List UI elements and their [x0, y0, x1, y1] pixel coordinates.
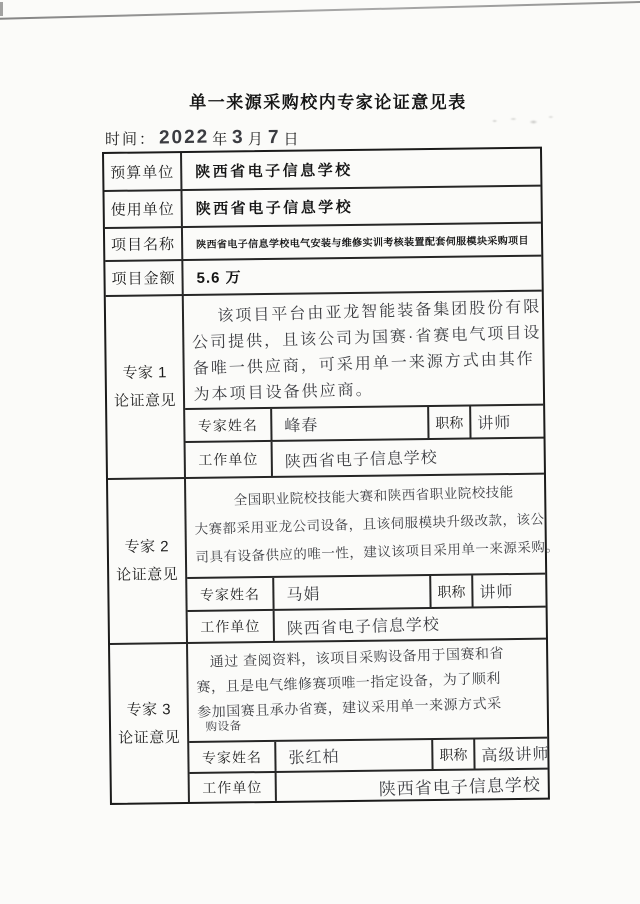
scan-paper-edge-line	[0, 0, 640, 19]
expert-1-label-line1: 专家 1	[122, 365, 167, 381]
scan-corner-mark	[0, 2, 3, 16]
expert-2-opinion: 全国职业院校技能大赛和陕西省职业院校技能大赛都采用亚龙公司设备，且该伺服模块升级…	[186, 475, 545, 579]
expert-1-name-label: 专家姓名	[185, 409, 272, 441]
expert-3-unit-handwriting: 陕西省电子信息学校	[378, 770, 541, 800]
opinion-form-table: 预算单位 陕西省电子信息学校 使用单位 陕西省电子信息学校 项目名称 陕西省电子…	[102, 147, 550, 805]
scan-smudge	[486, 110, 558, 130]
expert-1-label: 专家 1 论证意见	[106, 296, 186, 478]
table-row-budget-unit: 预算单位 陕西省电子信息学校	[104, 149, 540, 192]
expert-3-content: 通过 查阅资料，该项目采购设备用于国赛和省赛，且是电气维修赛项唯一指定设备，为了…	[188, 640, 548, 802]
expert-2-block: 专家 2 论证意见 全国职业院校技能大赛和陕西省职业院校技能大赛都采用亚龙公司设…	[108, 475, 546, 645]
expert-3-block: 专家 3 论证意见 通过 查阅资料，该项目采购设备用于国赛和省赛，且是电气维修赛…	[110, 640, 548, 803]
expert-3-unit-cell: 陕西省电子信息学校	[277, 770, 548, 801]
date-year-handwritten: 2022	[159, 127, 210, 150]
expert-2-name-label: 专家姓名	[187, 578, 274, 610]
expert-1-opinion: 该项目平台由亚龙智能装备集团股份有限公司提供，且该公司为国赛·省赛电气项目设备唯…	[184, 292, 543, 410]
expert-2-content: 全国职业院校技能大赛和陕西省职业院校技能大赛都采用亚龙公司设备，且该伺服模块升级…	[186, 475, 546, 642]
expert-3-label-line1: 专家 3	[126, 702, 171, 718]
budget-unit-label: 预算单位	[104, 153, 182, 190]
expert-2-label-line2: 论证意见	[116, 567, 178, 583]
expert-3-unit-row: 工作单位 陕西省电子信息学校	[190, 770, 548, 802]
table-row-project-name: 项目名称 陕西省电子信息学校电气安装与维修实训考核装置配套伺服模块采购项目	[105, 224, 541, 262]
date-month-handwritten: 3	[232, 127, 245, 149]
expert-2-unit-cell: 陕西省电子信息学校	[275, 608, 546, 641]
date-label: 时间：	[105, 128, 156, 149]
expert-2-jobtitle-label: 职称	[431, 575, 473, 607]
expert-1-unit-label: 工作单位	[186, 442, 273, 477]
date-month-suffix: 月	[248, 128, 265, 149]
expert-1-name-cell: 峰春	[272, 407, 429, 440]
date-year-suffix: 年	[212, 128, 229, 149]
expert-1-opinion-handwriting: 该项目平台由亚龙智能装备集团股份有限公司提供，且该公司为国赛·省赛电气项目设备唯…	[191, 295, 540, 409]
project-name-label: 项目名称	[105, 228, 183, 260]
expert-2-unit-handwriting: 陕西省电子信息学校	[286, 611, 440, 639]
expert-1-jobtitle-label: 职称	[429, 407, 471, 439]
expert-1-name-signature: 峰春	[284, 412, 319, 436]
expert-3-opinion: 通过 查阅资料，该项目采购设备用于国赛和省赛，且是电气维修赛项唯一指定设备，为了…	[188, 640, 547, 743]
expert-3-name-signature: 张红柏	[288, 744, 340, 769]
expert-1-jobtitle-cell: 讲师	[471, 406, 543, 438]
expert-2-unit-label: 工作单位	[188, 611, 275, 642]
expert-2-opinion-handwriting: 全国职业院校技能大赛和陕西省职业院校技能大赛都采用亚龙公司设备，且该伺服模块升级…	[193, 478, 541, 572]
expert-1-unit-row: 工作单位 陕西省电子信息学校	[186, 439, 544, 477]
expert-3-name-label: 专家姓名	[189, 742, 276, 772]
project-amount-label: 项目金额	[105, 261, 183, 295]
expert-3-label: 专家 3 论证意见	[110, 644, 190, 803]
expert-1-label-line2: 论证意见	[114, 393, 176, 409]
expert-3-name-row: 专家姓名 张红柏 职称 高级讲师	[189, 739, 547, 774]
form-title: 单一来源采购校内专家论证意见表	[102, 88, 554, 113]
using-unit-value: 陕西省电子信息学校	[182, 187, 540, 226]
expert-2-jobtitle-handwriting: 讲师	[479, 579, 514, 603]
budget-unit-value: 陕西省电子信息学校	[182, 149, 540, 189]
project-name-value: 陕西省电子信息学校电气安装与维修实训考核装置配套伺服模块采购项目	[183, 224, 541, 259]
table-row-project-amount: 项目金额 5.6 万	[105, 257, 541, 297]
expert-3-label-line2: 论证意见	[118, 730, 180, 746]
project-amount-value: 5.6 万	[183, 257, 541, 294]
expert-2-label-line1: 专家 2	[124, 539, 169, 555]
expert-2-name-row: 专家姓名 马娟 职称 讲师	[187, 575, 545, 612]
date-day-handwritten: 7	[268, 127, 281, 149]
expert-3-opinion-handwriting: 通过 查阅资料，该项目采购设备用于国赛和省赛，且是电气维修赛项唯一指定设备，为了…	[195, 640, 543, 734]
expert-2-jobtitle-cell: 讲师	[473, 575, 545, 607]
date-line: 时间： 2022 年 3 月 7 日	[105, 128, 301, 150]
date-day-suffix: 日	[283, 128, 300, 149]
expert-1-content: 该项目平台由亚龙智能装备集团股份有限公司提供，且该公司为国赛·省赛电气项目设备唯…	[184, 292, 544, 477]
expert-1-jobtitle-handwriting: 讲师	[477, 410, 512, 434]
expert-2-unit-row: 工作单位 陕西省电子信息学校	[188, 608, 546, 642]
expert-1-unit-cell: 陕西省电子信息学校	[273, 439, 544, 476]
expert-2-name-cell: 马娟	[274, 576, 431, 609]
table-row-using-unit: 使用单位 陕西省电子信息学校	[104, 187, 540, 229]
expert-1-name-row: 专家姓名 峰春 职称 讲师	[185, 406, 543, 443]
using-unit-label: 使用单位	[104, 191, 182, 227]
expert-2-label: 专家 2 论证意见	[108, 479, 188, 643]
expert-1-block: 专家 1 论证意见 该项目平台由亚龙智能装备集团股份有限公司提供，且该公司为国赛…	[106, 292, 544, 480]
expert-3-name-cell: 张红柏	[276, 740, 433, 771]
expert-1-unit-handwriting: 陕西省电子信息学校	[284, 444, 438, 472]
expert-3-unit-label: 工作单位	[190, 773, 277, 802]
expert-3-jobtitle-cell: 高级讲师	[475, 739, 549, 769]
expert-3-jobtitle-label: 职称	[433, 739, 475, 769]
expert-2-name-signature: 马娟	[286, 581, 321, 605]
expert-3-jobtitle-handwriting: 高级讲师	[481, 741, 550, 766]
